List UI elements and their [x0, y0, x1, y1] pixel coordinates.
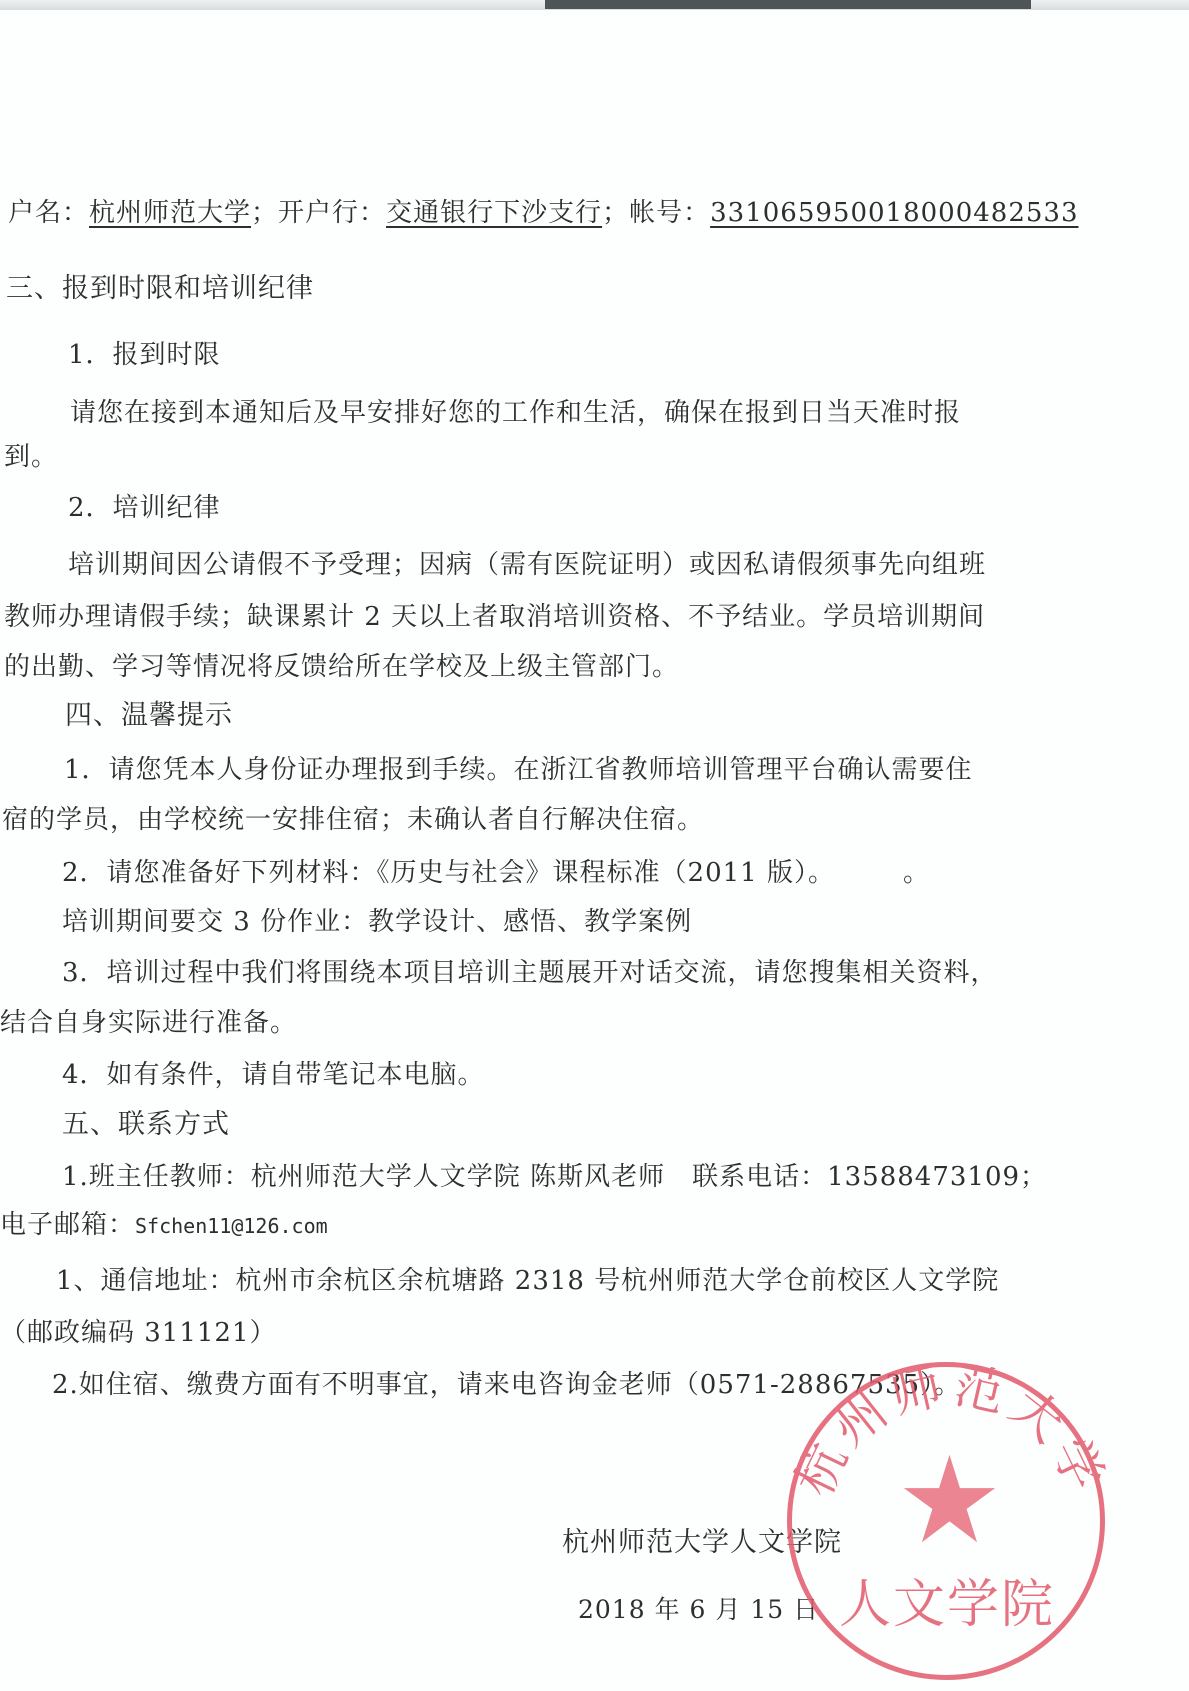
account-number-label: 帐号：: [629, 198, 710, 228]
section3-item2-title: 2．培训纪律: [68, 491, 221, 525]
postal-code: （邮政编码 311121）: [0, 1316, 277, 1350]
account-line: 户名：杭州师范大学；开户行：交通银行下沙支行；帐号：33106595001800…: [8, 196, 1079, 230]
section3-title: 三、报到时限和培训纪律: [6, 272, 314, 306]
bank-label: 开户行：: [278, 198, 386, 228]
tip4: 4．如有条件，请自带笔记本电脑。: [62, 1058, 485, 1092]
contact-head-teacher: 1.班主任教师：杭州师范大学人文学院 陈斯风老师 联系电话：1358847310…: [62, 1160, 1047, 1194]
section3-item1-body-cont: 到。: [4, 440, 58, 474]
mailing-address: 1、通信地址：杭州市余杭区余杭塘路 2318 号杭州师范大学仓前校区人文学院: [56, 1264, 999, 1298]
email-label: 电子邮箱：: [0, 1210, 135, 1240]
scan-dark-tab: [545, 0, 1031, 9]
section3-item2-body-cont: 教师办理请假手续；缺课累计 2 天以上者取消培训资格、不予结业。学员培训期间: [4, 600, 985, 634]
account-number-value: 331065950018000482533: [710, 198, 1078, 228]
separator: ；: [251, 198, 278, 228]
star-icon: [902, 1452, 997, 1547]
tip3-cont: 结合自身实际进行准备。: [0, 1006, 297, 1040]
account-name-value: 杭州师范大学: [89, 198, 251, 228]
seal-bottom-text: 人文学院: [832, 1562, 1062, 1637]
signature-date: 2018 年 6 月 15 日: [578, 1593, 819, 1627]
section3-item2-body: 培训期间因公请假不予受理；因病（需有医院证明）或因私请假须事先向组班: [68, 548, 986, 582]
section4-title: 四、温馨提示: [65, 699, 233, 733]
tip2-homework: 培训期间要交 3 份作业：教学设计、感悟、教学案例: [62, 905, 692, 939]
separator: ；: [602, 198, 629, 228]
tip3: 3．培训过程中我们将围绕本项目培训主题展开对话交流，请您搜集相关资料，: [62, 956, 998, 990]
bank-value: 交通银行下沙支行: [386, 198, 602, 228]
tip1-cont: 宿的学员，由学校统一安排住宿；未确认者自行解决住宿。: [2, 803, 704, 837]
section5-title: 五、联系方式: [62, 1108, 230, 1142]
section3-item1-body: 请您在接到本通知后及早安排好您的工作和生活，确保在报到日当天准时报: [70, 396, 961, 430]
tip2: 2．请您准备好下列材料：《历史与社会》课程标准（2011 版）。 。: [62, 856, 930, 890]
section3-item1-title: 1．报到时限: [68, 338, 221, 372]
email-value: Sfchen11@126.com: [135, 1214, 328, 1238]
tip1: 1．请您凭本人身份证办理报到手续。在浙江省教师培训管理平台确认需要住: [64, 753, 973, 787]
official-seal: 杭州师范大学 人文学院: [787, 1362, 1105, 1680]
contact-email-line: 电子邮箱：Sfchen11@126.com: [0, 1208, 328, 1243]
section3-item2-body-cont2: 的出勤、学习等情况将反馈给所在学校及上级主管部门。: [4, 650, 679, 684]
account-name-label: 户名：: [8, 198, 89, 228]
